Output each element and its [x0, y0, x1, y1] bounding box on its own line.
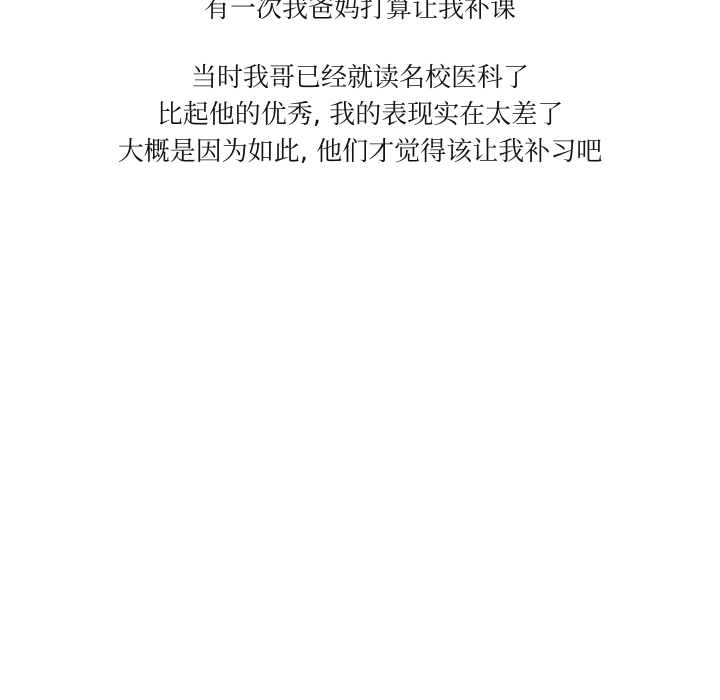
narration-line: 当时我哥已经就读名校医科了	[0, 61, 720, 95]
narration-line: 有一次我爸妈打算让我补课	[0, 0, 720, 26]
narration-line: 比起他的优秀, 我的表现实在太差了	[0, 98, 720, 132]
narration-line: 大概是因为如此, 他们才觉得该让我补习吧	[0, 135, 720, 169]
comic-panel: 有一次我爸妈打算让我补课 当时我哥已经就读名校医科了 比起他的优秀, 我的表现实…	[0, 0, 720, 700]
